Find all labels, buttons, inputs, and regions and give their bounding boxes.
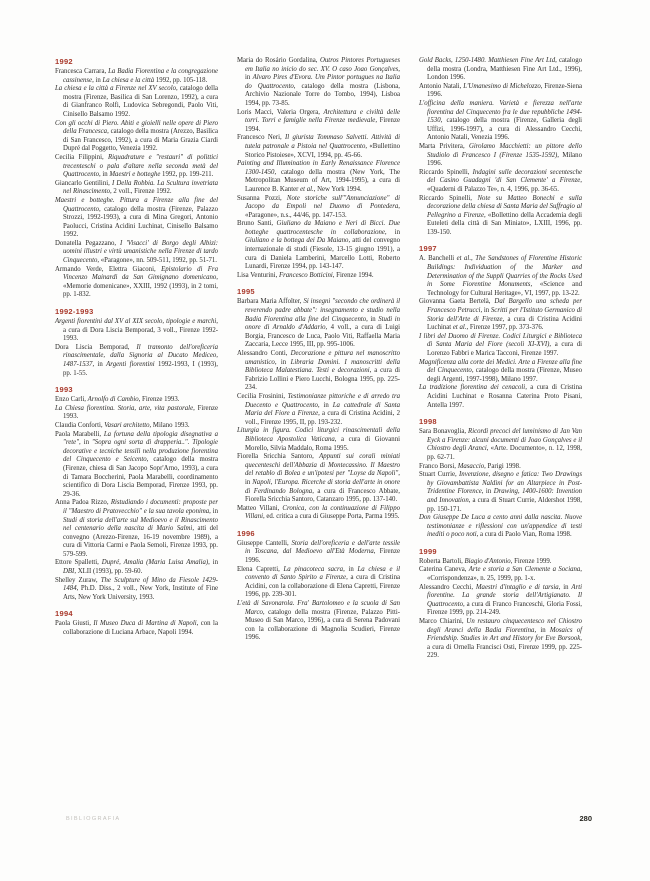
column-3: Gold Backs, 1250-1480. Matthiesen Fine A… xyxy=(419,57,582,661)
bibliography-entry: Paola Giusti, Il Museo Duca di Martina d… xyxy=(55,620,218,637)
bibliography-entry: Maria do Rosário Gordalina, Outros Pinto… xyxy=(237,57,400,109)
bibliography-entry: Giancarlo Gentilini, I Della Robbia. La … xyxy=(55,180,218,197)
bibliography-entry: Dora Liscia Bemporad, Il tramonto dell'o… xyxy=(55,344,218,378)
bibliography-entry: La chiesa e la città a Firenze nel XV se… xyxy=(55,85,218,119)
bibliography-entry: Liturgia in figura. Codici liturgici rin… xyxy=(237,427,400,453)
bibliography-entry: Giuseppe Cantelli, Storia dell'oreficeri… xyxy=(237,540,400,566)
year-heading: 1992-1993 xyxy=(55,307,218,316)
bibliography-entry: Caterina Caneva, Arte e storia a San Cle… xyxy=(419,566,582,583)
running-footer-section-label: BIBLIOGRAFIA xyxy=(66,816,120,822)
column-2: Maria do Rosário Gordalina, Outros Pinto… xyxy=(237,57,400,643)
column-1: 1992Francesca Carrara, La Badia Fiorenti… xyxy=(55,57,218,638)
year-heading: 1992 xyxy=(55,57,218,66)
bibliography-content: 1992Francesca Carrara, La Badia Fiorenti… xyxy=(55,57,582,661)
bibliography-entry: Francesca Carrara, La Badia Fiorentina e… xyxy=(55,68,218,85)
bibliography-entry: Riccardo Spinelli, Indagini sulle decora… xyxy=(419,169,582,195)
bibliography-entry: Cecilia Frosinini, Testimonianze pittori… xyxy=(237,393,400,427)
bibliography-entry: L'età di Savonarola. Fra' Bartolomeo e l… xyxy=(237,600,400,643)
bibliography-entry: Antonio Natali, L'Umanesimo di Michelozz… xyxy=(419,83,582,100)
bibliography-entry: A. Banchelli et al., The Sandstones of F… xyxy=(419,255,582,298)
bibliography-entry: Enzo Carli, Arnolfo di Cambio, Firenze 1… xyxy=(55,396,218,405)
bibliography-entry: Bruno Santi, Giuliano da Maiano e Neri d… xyxy=(237,220,400,272)
year-heading: 1999 xyxy=(419,547,582,556)
bibliography-page: 1992Francesca Carrara, La Badia Fiorenti… xyxy=(0,0,650,881)
bibliography-entry: L'officina della maniera. Varietà e fier… xyxy=(419,100,582,143)
bibliography-entry: Francesco Neri, Il giurista Tommaso Salv… xyxy=(237,134,400,160)
bibliography-entry: Matteo Villani, Cronica, con la continua… xyxy=(237,505,400,522)
bibliography-entry: Franco Borsi, Masaccio, Parigi 1998. xyxy=(419,463,582,472)
bibliography-entry: Marta Privitera, Girolamo Macchietti: un… xyxy=(419,143,582,169)
bibliography-entry: Barbara Maria Affolter, Si insegni "seco… xyxy=(237,298,400,350)
bibliography-entry: Alessandro Conti, Decorazione e pittura … xyxy=(237,350,400,393)
year-heading: 1994 xyxy=(55,609,218,618)
bibliography-entry: Marco Chiarini, Un restauro cinquecentes… xyxy=(419,618,582,661)
bibliography-entry: Armando Verde, Elettra Giaconi, Epistola… xyxy=(55,266,218,300)
year-heading: 1993 xyxy=(55,385,218,394)
page-number: 280 xyxy=(579,814,592,823)
bibliography-entry: Roberta Bartoli, Biagio d'Antonio, Firen… xyxy=(419,558,582,567)
bibliography-entry: Susanna Pozzi, Note storiche sull'"Annun… xyxy=(237,195,400,221)
bibliography-entry: Claudia Conforti, Vasari architetto, Mil… xyxy=(55,422,218,431)
bibliography-entry: I libri del Duomo di Firenze. Codici Lit… xyxy=(419,333,582,359)
year-heading: 1998 xyxy=(419,417,582,426)
bibliography-entry: Sara Bonavoglia, Ricordi precoci del lum… xyxy=(419,428,582,462)
year-heading: 1995 xyxy=(237,287,400,296)
bibliography-entry: Argenti fiorentini dal XV al XIX secolo,… xyxy=(55,318,218,344)
bibliography-entry: Loris Macci, Valeria Orgera, Architettur… xyxy=(237,109,400,135)
bibliography-entry: Maestri e botteghe. Pittura a Firenze al… xyxy=(55,197,218,240)
bibliography-entry: Ettore Spalletti, Dupré, Amalia (Maria L… xyxy=(55,559,218,576)
bibliography-entry: Stuart Currie, Invenzione, disegno e fat… xyxy=(419,471,582,514)
bibliography-entry: Don Giuseppe De Luca a cento anni dalla … xyxy=(419,514,582,540)
bibliography-entry: Anna Padoa Rizzo, Ristudiando i document… xyxy=(55,499,218,559)
bibliography-entry: Gold Backs, 1250-1480. Matthiesen Fine A… xyxy=(419,57,582,83)
bibliography-entry: Paola Marabelli, La fortuna della tipolo… xyxy=(55,431,218,500)
year-heading: 1996 xyxy=(237,529,400,538)
bibliography-entry: Painting and Illumination in Early Renai… xyxy=(237,160,400,194)
bibliography-entry: Shelley Zuraw, The Sculpture of Mino da … xyxy=(55,577,218,603)
bibliography-entry: Lisa Venturini, Francesco Botticini, Fir… xyxy=(237,272,400,281)
bibliography-entry: Con gli occhi di Piero. Abiti e gioielli… xyxy=(55,120,218,154)
bibliography-entry: Alessandro Cecchi, Maestri d'intaglio e … xyxy=(419,584,582,618)
bibliography-entry: Magnificenza alla corte dei Medici. Arte… xyxy=(419,359,582,385)
bibliography-entry: Fiorella Sricchia Santoro, Appunti sui c… xyxy=(237,453,400,505)
bibliography-entry: Cecilia Filippini, Riquadrature e "resta… xyxy=(55,154,218,180)
bibliography-entry: Riccardo Spinelli, Note su Matteo Bonech… xyxy=(419,195,582,238)
bibliography-entry: Giovanna Gaeta Bertelà, Dal Bargello una… xyxy=(419,298,582,332)
bibliography-entry: Donatella Pegazzano, I 'Visacci' di Borg… xyxy=(55,240,218,266)
bibliography-entry: La Chiesa fiorentina. Storia, arte, vita… xyxy=(55,405,218,422)
bibliography-entry: La tradizione fiorentina dei cenacoli, a… xyxy=(419,384,582,410)
bibliography-entry: Elena Capretti, La pinacoteca sacra, in … xyxy=(237,566,400,600)
year-heading: 1997 xyxy=(419,244,582,253)
